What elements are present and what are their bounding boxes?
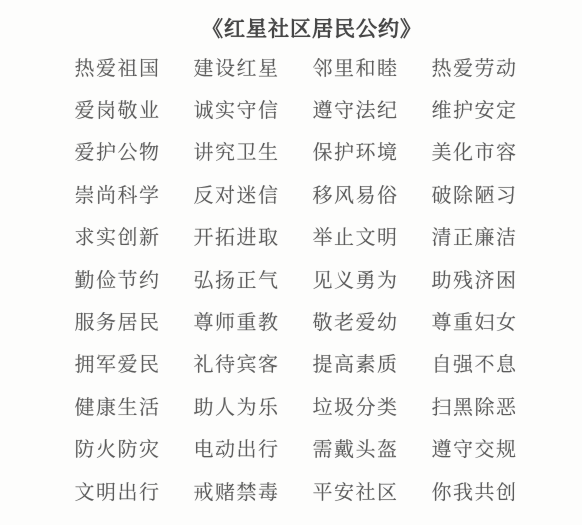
convention-grid: 热爱祖国建设红星邻里和睦热爱劳动爱岗敬业诚实守信遵守法纪维护安定爱护公物讲究卫生… [0,45,582,511]
table-row: 爱岗敬业诚实守信遵守法纪维护安定 [58,87,534,129]
table-row: 勤俭节约弘扬正气见义勇为助残济困 [58,257,534,299]
phrase-cell: 服务居民 [58,306,177,335]
phrase-cell: 扫黑除恶 [415,391,534,420]
phrase-cell: 防火防灾 [58,433,177,462]
phrase-cell: 弘扬正气 [177,264,296,293]
phrase-cell: 移风易俗 [296,179,415,208]
phrase-cell: 拥军爱民 [58,348,177,377]
phrase-cell: 电动出行 [177,433,296,462]
phrase-cell: 敬老爱幼 [296,306,415,335]
phrase-cell: 举止文明 [296,221,415,250]
phrase-cell: 助残济困 [415,264,534,293]
phrase-cell: 讲究卫生 [177,136,296,165]
phrase-cell: 提高素质 [296,348,415,377]
phrase-cell: 自强不息 [415,348,534,377]
phrase-cell: 开拓进取 [177,221,296,250]
phrase-cell: 崇尚科学 [58,179,177,208]
phrase-cell: 垃圾分类 [296,391,415,420]
phrase-cell: 礼待宾客 [177,348,296,377]
phrase-cell: 维护安定 [415,94,534,123]
table-row: 健康生活助人为乐垃圾分类扫黑除恶 [58,384,534,426]
phrase-cell: 保护环境 [296,136,415,165]
phrase-cell: 建设红星 [177,52,296,81]
phrase-cell: 勤俭节约 [58,264,177,293]
phrase-cell: 求实创新 [58,221,177,250]
phrase-cell: 文明出行 [58,476,177,505]
phrase-cell: 遵守交规 [415,433,534,462]
document-page: 《红星社区居民公约》 热爱祖国建设红星邻里和睦热爱劳动爱岗敬业诚实守信遵守法纪维… [0,0,582,525]
phrase-cell: 见义勇为 [296,264,415,293]
table-row: 服务居民尊师重教敬老爱幼尊重妇女 [58,299,534,341]
table-row: 崇尚科学反对迷信移风易俗破除陋习 [58,172,534,214]
table-row: 拥军爱民礼待宾客提高素质自强不息 [58,342,534,384]
phrase-cell: 戒赌禁毒 [177,476,296,505]
phrase-cell: 邻里和睦 [296,52,415,81]
phrase-cell: 诚实守信 [177,94,296,123]
phrase-cell: 健康生活 [58,391,177,420]
phrase-cell: 遵守法纪 [296,94,415,123]
table-row: 求实创新开拓进取举止文明清正廉洁 [58,215,534,257]
phrase-cell: 爱护公物 [58,136,177,165]
phrase-cell: 助人为乐 [177,391,296,420]
phrase-cell: 需戴头盔 [296,433,415,462]
phrase-cell: 爱岗敬业 [58,94,177,123]
table-row: 爱护公物讲究卫生保护环境美化市容 [58,130,534,172]
table-row: 热爱祖国建设红星邻里和睦热爱劳动 [58,45,534,87]
page-title: 《红星社区居民公约》 [21,0,582,44]
phrase-cell: 破除陋习 [415,179,534,208]
phrase-cell: 清正廉洁 [415,221,534,250]
table-row: 文明出行戒赌禁毒平安社区你我共创 [58,469,534,511]
table-row: 防火防灾电动出行需戴头盔遵守交规 [58,427,534,469]
phrase-cell: 反对迷信 [177,179,296,208]
phrase-cell: 热爱祖国 [58,52,177,81]
phrase-cell: 尊重妇女 [415,306,534,335]
phrase-cell: 你我共创 [415,476,534,505]
phrase-cell: 尊师重教 [177,306,296,335]
phrase-cell: 热爱劳动 [415,52,534,81]
phrase-cell: 美化市容 [415,136,534,165]
phrase-cell: 平安社区 [296,476,415,505]
